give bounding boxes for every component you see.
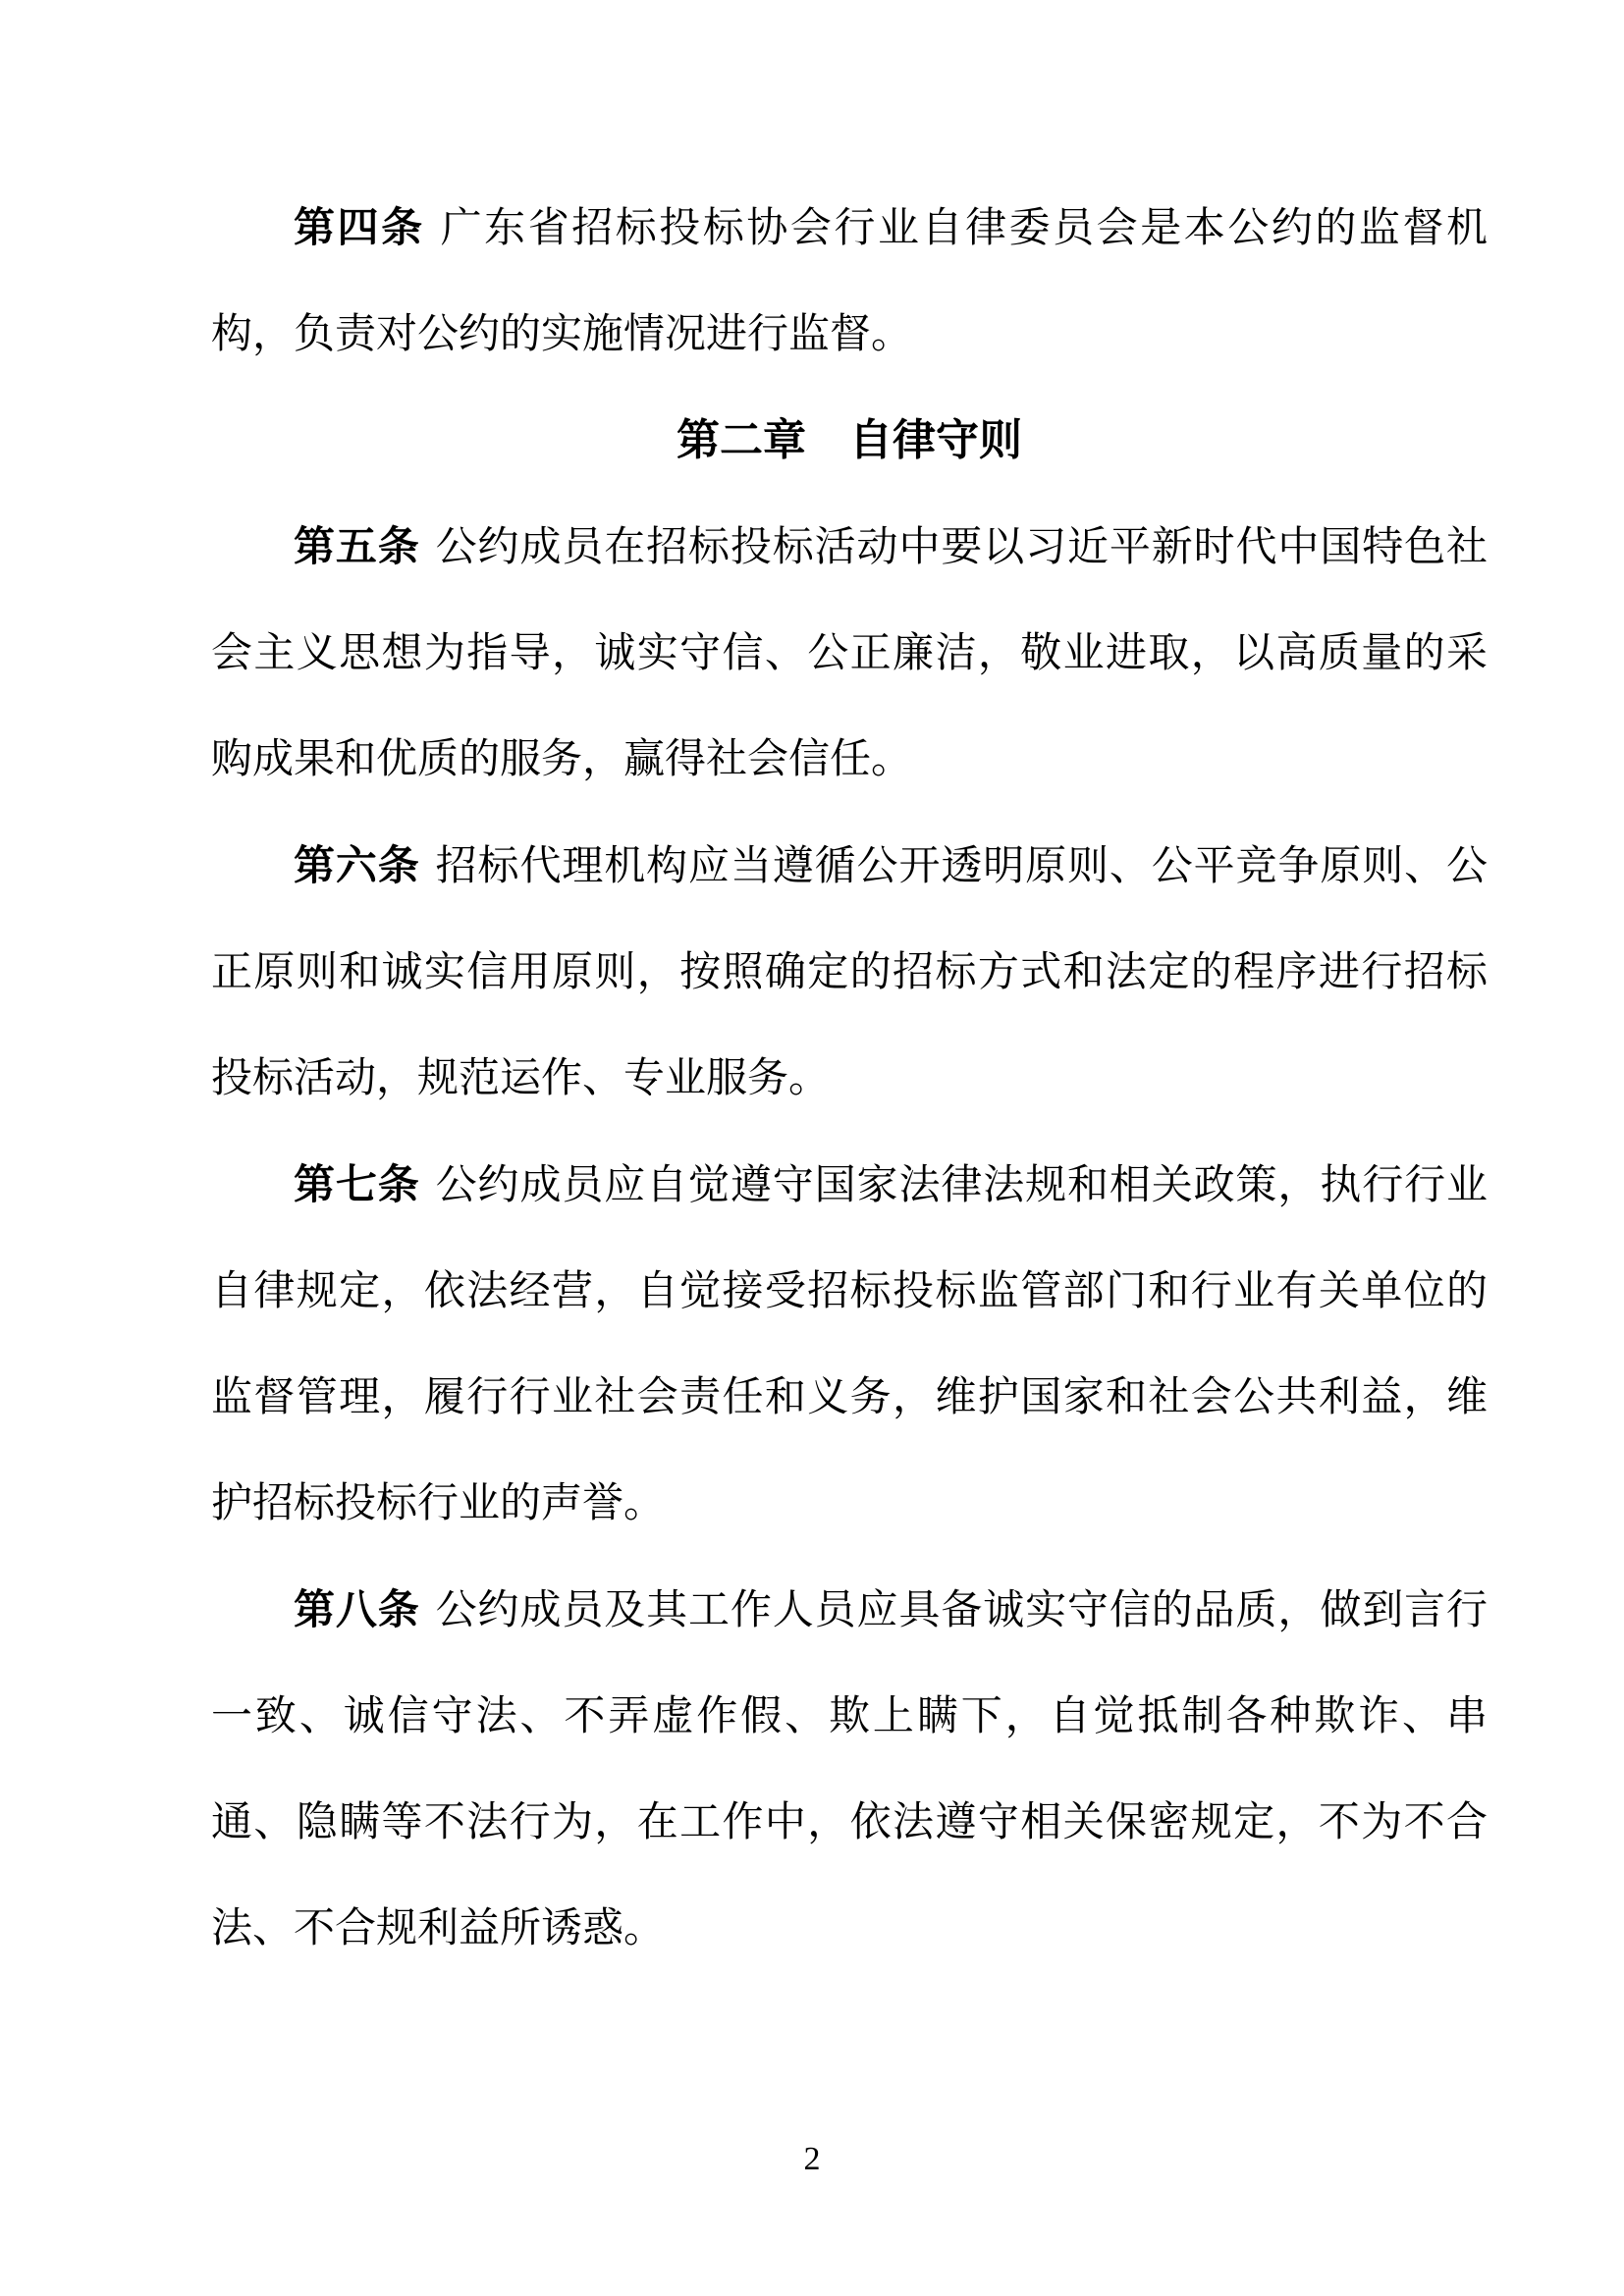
document-page: 第四条广东省招标投标协会行业自律委员会是本公约的监督机构，负责对公约的实施情况进… (0, 0, 1624, 2296)
paragraph-article-4: 第四条广东省招标投标协会行业自律委员会是本公约的监督机构，负责对公约的实施情况进… (211, 175, 1488, 388)
document-body: 第四条广东省招标投标协会行业自律委员会是本公约的监督机构，负责对公约的实施情况进… (211, 175, 1488, 1982)
article-8-label: 第八条 (294, 1586, 420, 1632)
page-footer: 2 (0, 2138, 1624, 2181)
paragraph-article-8: 第八条公约成员及其工作人员应具备诚实守信的品质，做到言行一致、诚信守法、不弄虚作… (211, 1557, 1488, 1982)
article-7-label: 第七条 (294, 1161, 420, 1207)
paragraph-article-5: 第五条公约成员在招标投标活动中要以习近平新时代中国特色社会主义思想为指导，诚实守… (211, 494, 1488, 813)
chapter-2-heading: 第二章 自律守则 (211, 388, 1488, 494)
paragraph-article-7: 第七条公约成员应自觉遵守国家法律法规和相关政策，执行行业自律规定，依法经营，自觉… (211, 1132, 1488, 1557)
page-number: 2 (804, 2141, 821, 2177)
article-6-label: 第六条 (294, 842, 420, 888)
article-8-text: 公约成员及其工作人员应具备诚实守信的品质，做到言行一致、诚信守法、不弄虚作假、欺… (211, 1588, 1488, 1951)
article-7-text: 公约成员应自觉遵守国家法律法规和相关政策，执行行业自律规定，依法经营，自觉接受招… (211, 1163, 1488, 1526)
paragraph-article-6: 第六条招标代理机构应当遵循公开透明原则、公平竞争原则、公正原则和诚实信用原则，按… (211, 813, 1488, 1132)
article-5-label: 第五条 (294, 523, 420, 569)
article-4-label: 第四条 (294, 204, 425, 250)
